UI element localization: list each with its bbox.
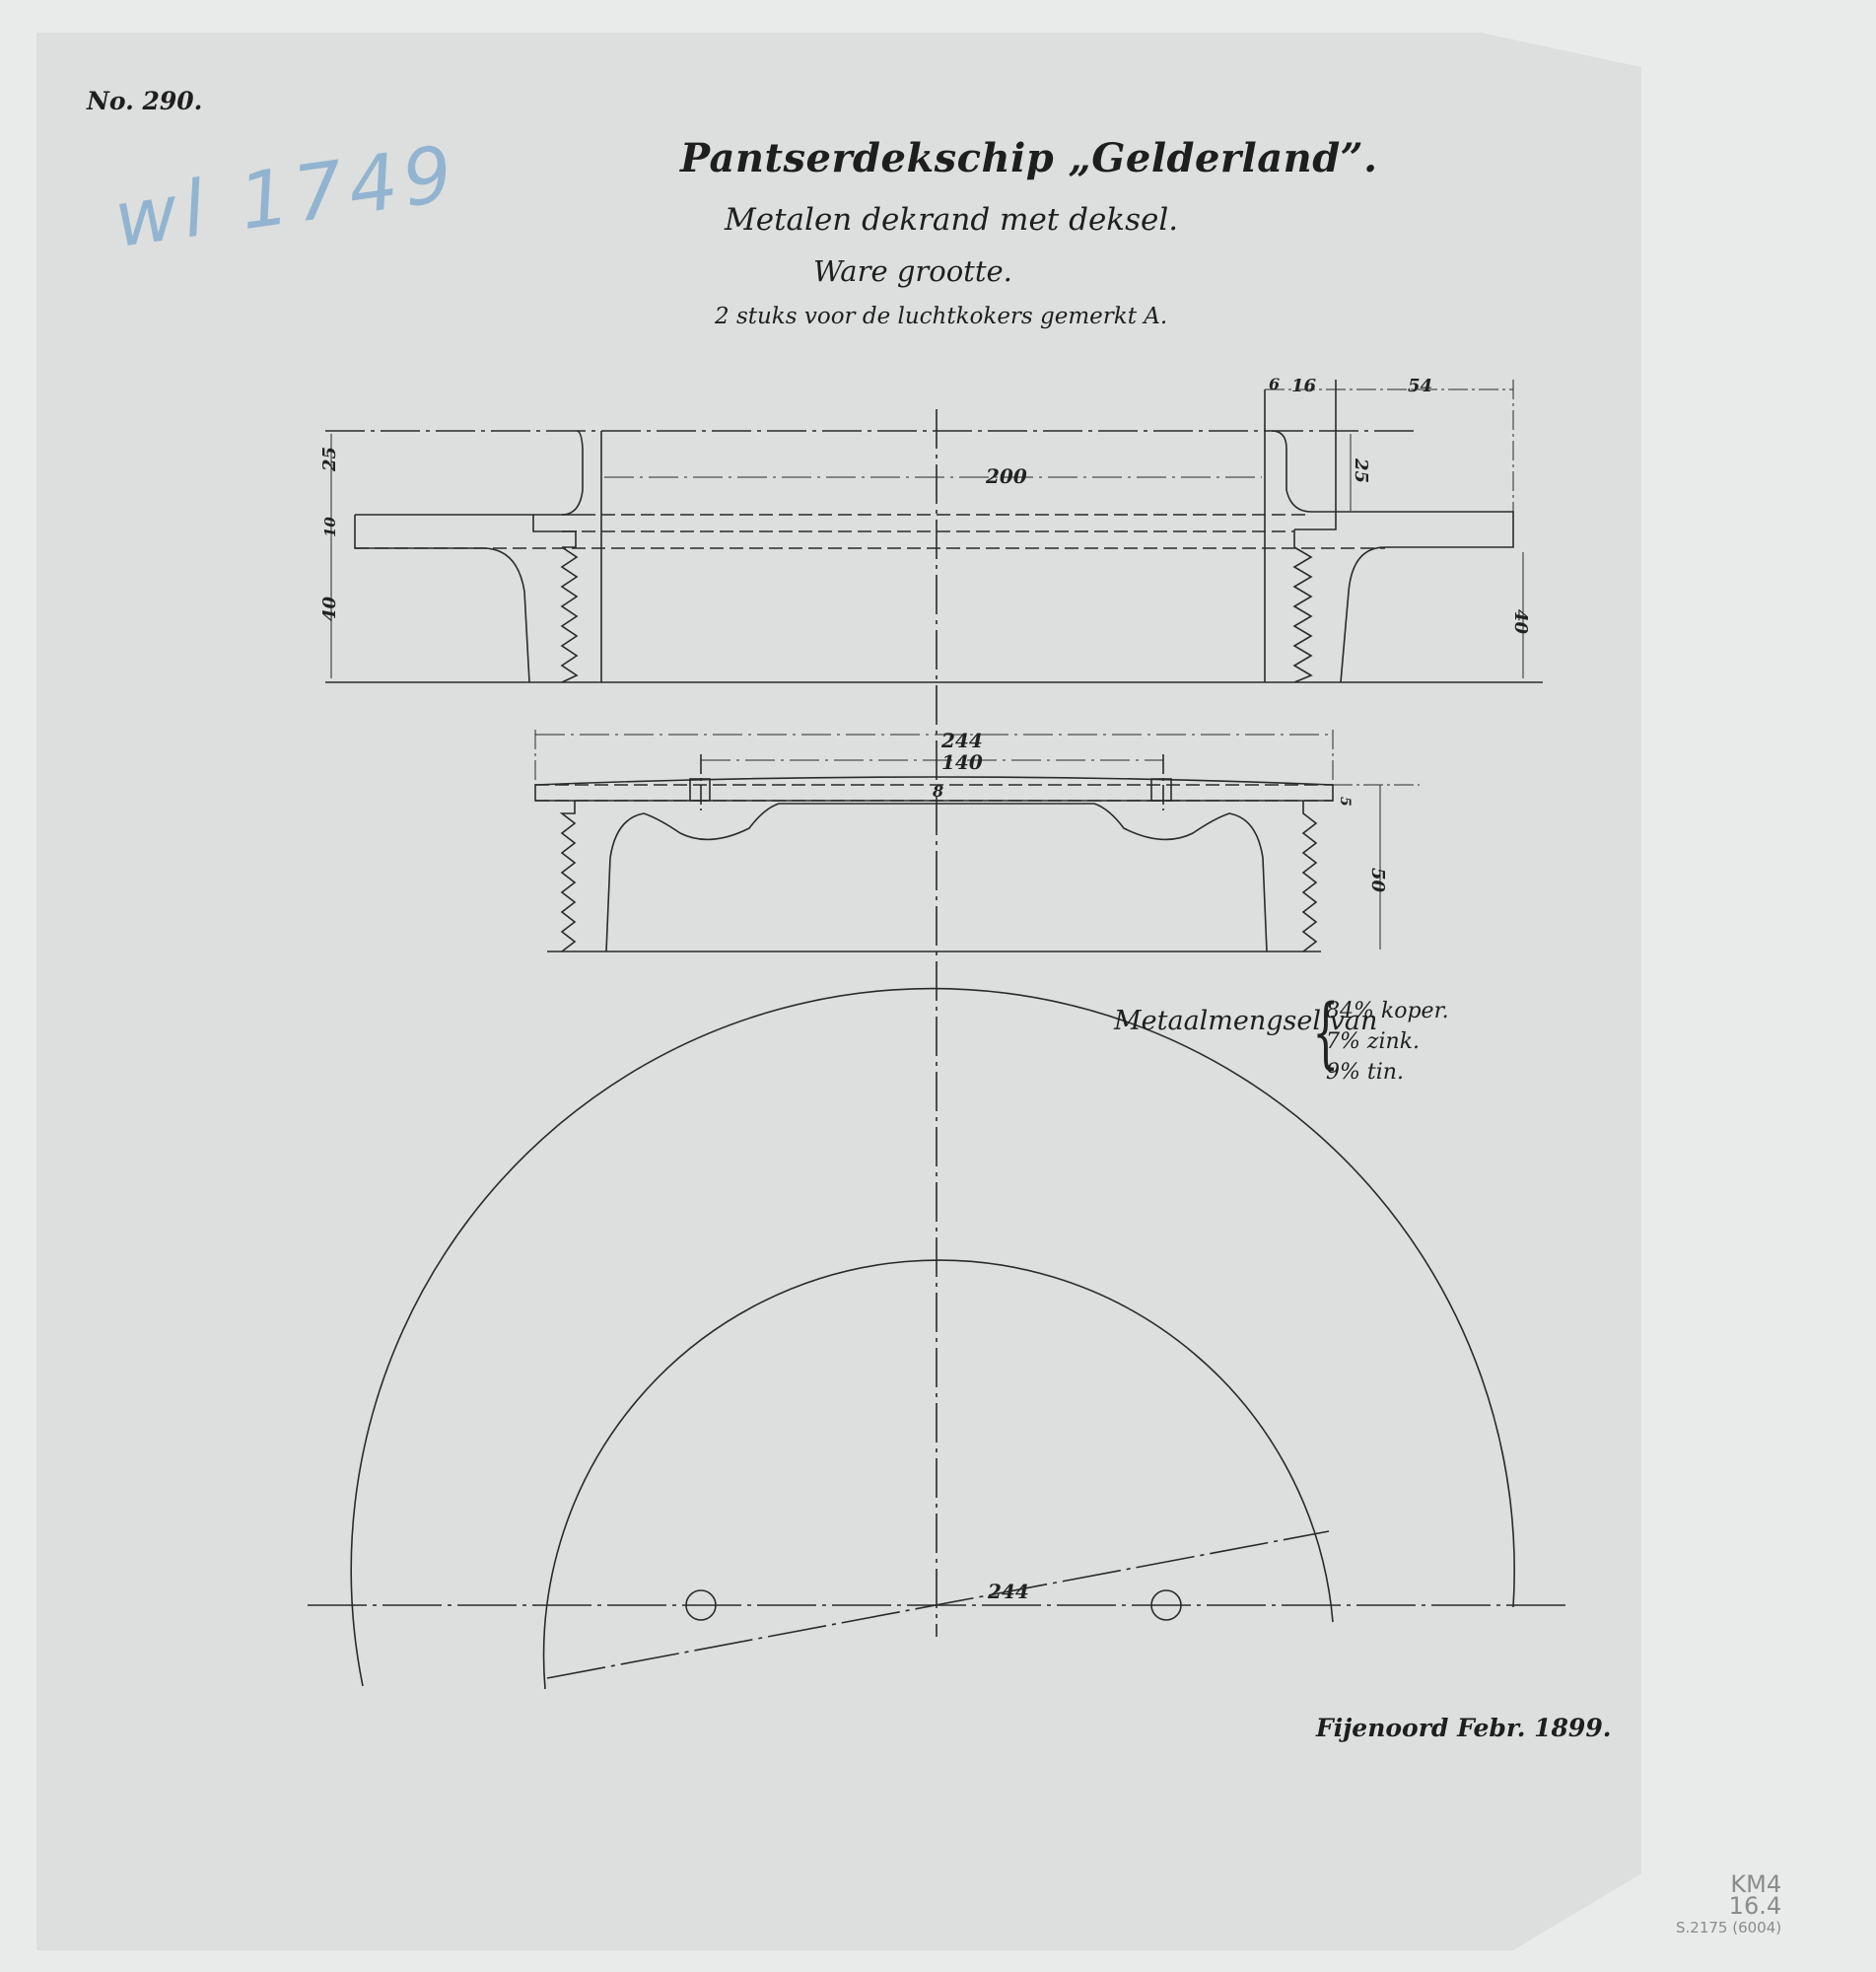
alloy-zinc: 7% zink.	[1326, 1026, 1449, 1057]
drawing-subtitle: Metalen dekrand met deksel.	[725, 202, 1178, 238]
svg-text:6: 6	[1269, 375, 1280, 393]
svg-text:25: 25	[1351, 458, 1371, 483]
svg-text:40: 40	[319, 596, 340, 621]
svg-text:54: 54	[1408, 376, 1432, 396]
svg-text:140: 140	[941, 750, 983, 774]
drawing-number: No. 290.	[87, 87, 202, 115]
svg-text:10: 10	[321, 517, 339, 537]
svg-text:244: 244	[987, 1580, 1029, 1603]
archive-marks: KM4 16.4 S.2175 (6004)	[1676, 1873, 1781, 1938]
svg-text:5: 5	[1337, 797, 1353, 807]
svg-text:40: 40	[1510, 609, 1531, 635]
svg-text:200: 200	[985, 464, 1027, 488]
svg-text:16: 16	[1291, 376, 1317, 396]
svg-text:50: 50	[1367, 868, 1388, 893]
alloy-copper: 84% koper.	[1326, 996, 1449, 1026]
rim-section	[325, 380, 1543, 682]
svg-text:244: 244	[940, 729, 983, 752]
quantity-note: 2 stuks voor de luchtkokers gemerkt A.	[715, 304, 1167, 329]
technical-drawing: 6 16 54 200 25 10 40 25 40 244 140 8 5 5…	[0, 0, 1876, 1972]
svg-text:8: 8	[932, 782, 943, 801]
alloy-tin: 9% tin.	[1326, 1057, 1449, 1088]
archive-mark-3: S.2175 (6004)	[1676, 1917, 1781, 1938]
dimension-lines	[331, 380, 1523, 950]
alloy-components: 84% koper. 7% zink. 9% tin.	[1326, 996, 1449, 1088]
svg-text:25: 25	[319, 447, 340, 472]
drawing-title: Pantserdekschip „Gelderland”.	[680, 135, 1378, 181]
plan-view	[308, 989, 1567, 1689]
scale-note: Ware grootte.	[813, 254, 1012, 288]
signature-date: Fijenoord Febr. 1899.	[1316, 1714, 1611, 1742]
archive-mark-2: 16.4	[1676, 1895, 1781, 1917]
